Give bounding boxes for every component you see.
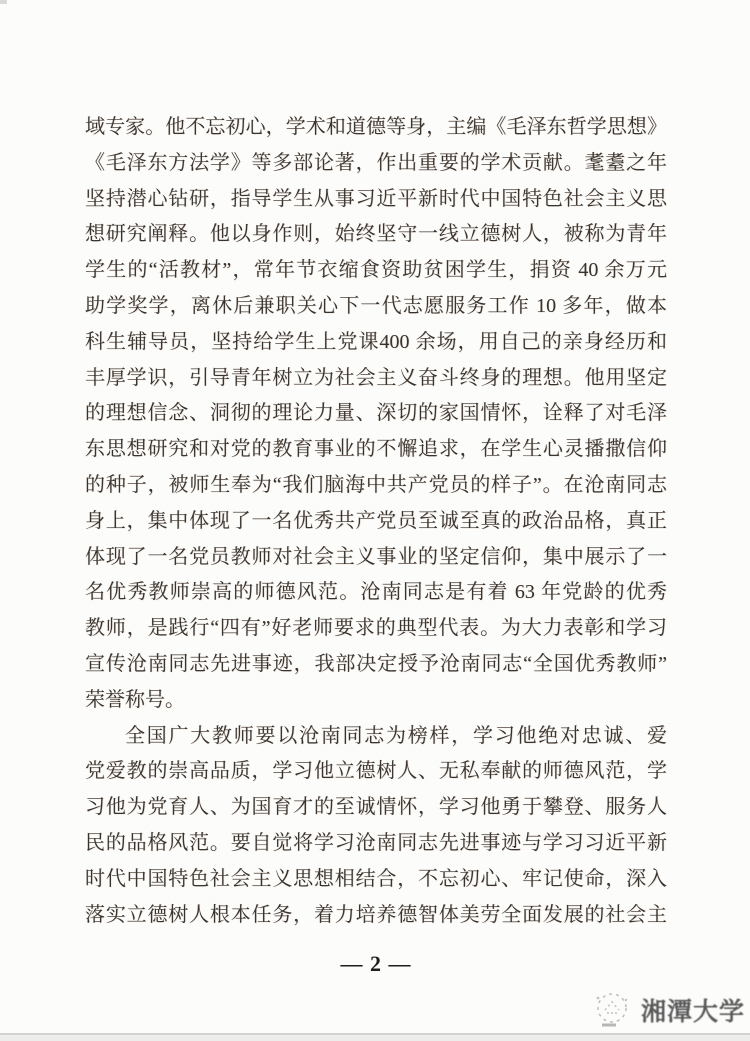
document-body: 域专家。他不忘初心，学术和道德等身，主编《毛泽东哲学思想》《毛泽东方法学》等多部… <box>85 110 667 933</box>
university-name: 湘潭大学 <box>641 992 745 1028</box>
page-bottom-shadow <box>0 1035 750 1041</box>
text-line: 丰厚学识，引导青年树立为社会主义奋斗终身的理想。他用坚定 <box>85 361 667 397</box>
publisher-watermark: 湘潭大学 <box>590 990 745 1030</box>
text-line: 《毛泽东方法学》等多部论著，作出重要的学术贡献。耄耋之年 <box>85 146 667 182</box>
text-line: 时代中国特色社会主义思想相结合，不忘初心、牢记使命，深入 <box>85 862 667 898</box>
text-line: 身上，集中体现了一名优秀共产党员至诚至真的政治品格，真正 <box>85 504 667 540</box>
text-line: 东思想研究和对党的教育事业的不懈追求，在学生心灵播撒信仰 <box>85 432 667 468</box>
text-line: 科生辅导员，坚持给学生上党课400 余场，用自己的亲身经历和 <box>85 325 667 361</box>
text-line: 助学奖学，离休后兼职关心下一代志愿服务工作 10 多年，做本 <box>85 289 667 325</box>
paragraph: 域专家。他不忘初心，学术和道德等身，主编《毛泽东哲学思想》《毛泽东方法学》等多部… <box>85 110 667 719</box>
text-line: 落实立德树人根本任务，着力培养德智体美劳全面发展的社会主 <box>85 898 667 934</box>
paragraph: 全国广大教师要以沧南同志为榜样，学习他绝对忠诚、爱党爱教的崇高品质，学习他立德树… <box>85 719 667 934</box>
text-line: 荣誉称号。 <box>85 683 667 719</box>
text-line: 域专家。他不忘初心，学术和道德等身，主编《毛泽东哲学思想》 <box>85 110 667 146</box>
text-line: 的理想信念、洞彻的理论力量、深切的家国情怀，诠释了对毛泽 <box>85 396 667 432</box>
text-line: 学生的“活教材”，常年节衣缩食资助贫困学生，捐资 40 余万元 <box>85 253 667 289</box>
scanned-document-page: 域专家。他不忘初心，学术和道德等身，主编《毛泽东哲学思想》《毛泽东方法学》等多部… <box>0 0 750 1041</box>
text-line: 名优秀教师崇高的师德风范。沧南同志是有着 63 年党龄的优秀 <box>85 575 667 611</box>
text-line: 全国广大教师要以沧南同志为榜样，学习他绝对忠诚、爱 <box>85 719 667 755</box>
text-line: 坚持潜心钻研，指导学生从事习近平新时代中国特色社会主义思 <box>85 182 667 218</box>
text-line: 民的品格风范。要自觉将学习沧南同志先进事迹与学习习近平新 <box>85 826 667 862</box>
text-line: 宣传沧南同志先进事迹，我部决定授予沧南同志“全国优秀教师” <box>85 647 667 683</box>
text-line: 体现了一名党员教师对社会主义事业的坚定信仰，集中展示了一 <box>85 540 667 576</box>
text-line: 教师，是践行“四有”好老师要求的典型代表。为大力表彰和学习 <box>85 611 667 647</box>
scan-artifact <box>0 0 7 4</box>
text-line: 想研究阐释。他以身作则，始终坚守一线立德树人，被称为青年 <box>85 217 667 253</box>
text-line: 党爱教的崇高品质，学习他立德树人、无私奉献的师德风范，学 <box>85 754 667 790</box>
text-line: 的种子，被师生奉为“我们脑海中共产党员的样子”。在沧南同志 <box>85 468 667 504</box>
page-number: — 2 — <box>85 951 667 977</box>
text-line: 习他为党育人、为国育才的至诚情怀，学习他勇于攀登、服务人 <box>85 790 667 826</box>
university-seal-icon <box>590 990 634 1030</box>
